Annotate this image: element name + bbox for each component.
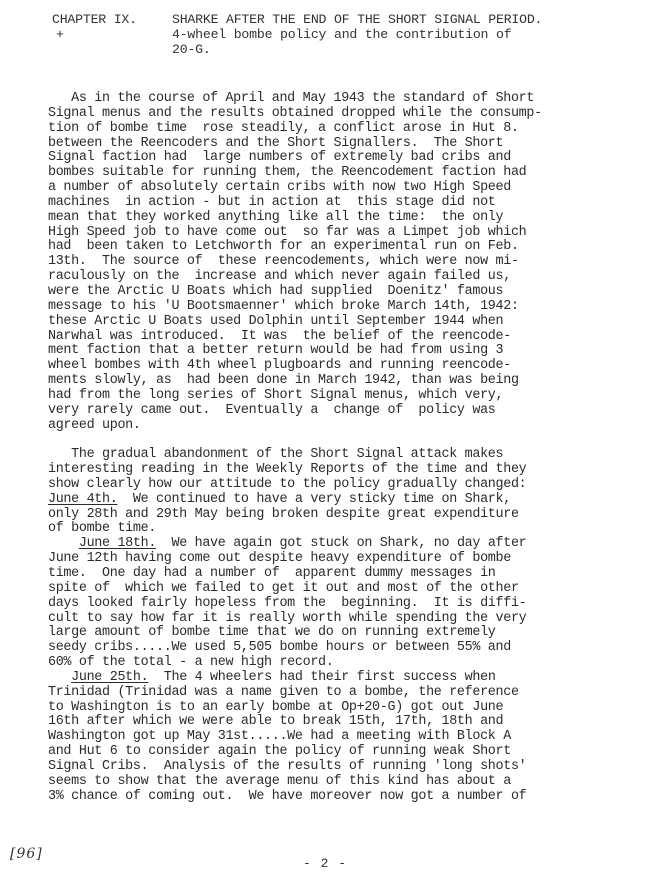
text-line: had from the long series of Short Signal… (48, 389, 628, 404)
text-line: ment faction that a better return would … (48, 344, 628, 359)
text-line: between the Reencoders and the Short Sig… (48, 137, 628, 152)
chapter-title-line-1: SHARKE AFTER THE END OF THE SHORT SIGNAL… (172, 12, 542, 27)
text-line: 16th after which we were able to break 1… (48, 715, 628, 730)
text-line: bombes suitable for running them, the Re… (48, 166, 628, 181)
chapter-heading: CHAPTER IX. SHARKE AFTER THE END OF THE … (52, 12, 542, 57)
report-entry-june-25: June 25th. The 4 wheelers had their firs… (48, 671, 628, 805)
text-line: message to his 'U Bootsmaenner' which br… (48, 300, 628, 315)
text-line: Signal Cribs. Analysis of the results of… (48, 760, 628, 775)
report-entry-june-4: June 4th. We continued to have a very st… (48, 493, 628, 538)
text-line: large amount of bombe time that we do on… (48, 626, 628, 641)
text-line: Washington got up May 31st.....We had a … (48, 730, 628, 745)
chapter-title-line-2: 4-wheel bombe policy and the contributio… (172, 27, 511, 42)
text-line: were the Arctic U Boats which had suppli… (48, 285, 628, 300)
paragraph-1: As in the course of April and May 1943 t… (48, 92, 628, 433)
body-text: As in the course of April and May 1943 t… (48, 92, 628, 805)
text-line: raculously on the increase and which nev… (48, 270, 628, 285)
text-line: Signal menus and the results obtained dr… (48, 107, 628, 122)
text-line: June 12th having come out despite heavy … (48, 552, 628, 567)
text-line: As in the course of April and May 1943 t… (48, 92, 628, 107)
text-line: seedy cribs.....We used 5,505 bombe hour… (48, 641, 628, 656)
text-line: The gradual abandonment of the Short Sig… (48, 448, 628, 463)
text-line: a number of absolutely certain cribs wit… (48, 181, 628, 196)
text-line: mean that they worked anything like all … (48, 211, 628, 226)
entry-date: June 25th. (71, 670, 148, 685)
text-line: machines in action - but in action at th… (48, 196, 628, 211)
entry-date: June 18th. (79, 536, 156, 551)
text-line: 60% of the total - a new high record. (48, 656, 628, 671)
text-line: tion of bombe time rose steadily, a conf… (48, 122, 628, 137)
text-line: of bombe time. (48, 522, 628, 537)
text-line: wheel bombes with 4th wheel plugboards a… (48, 359, 628, 374)
text-line: very rarely came out. Eventually a chang… (48, 404, 628, 419)
text-line: Trinidad (Trinidad was a name given to a… (48, 686, 628, 701)
document-page: CHAPTER IX. SHARKE AFTER THE END OF THE … (0, 0, 650, 885)
page-number: - 2 - (0, 856, 650, 871)
paragraph-2-intro: The gradual abandonment of the Short Sig… (48, 448, 628, 493)
text-line: only 28th and 29th May being broken desp… (48, 508, 628, 523)
text-line: agreed upon. (48, 419, 628, 434)
text-line: and Hut 6 to consider again the policy o… (48, 745, 628, 760)
report-entry-june-18: June 18th. We have again got stuck on Sh… (48, 537, 628, 671)
text-line: days looked fairly hopeless from the beg… (48, 597, 628, 612)
text-line: time. One day had a number of apparent d… (48, 567, 628, 582)
entry-date: June 4th. (48, 492, 117, 507)
text-line: 13th. The source of these reencodements,… (48, 255, 628, 270)
chapter-label: CHAPTER IX. (52, 12, 172, 27)
text-line: had been taken to Letchworth for an expe… (48, 240, 628, 255)
text-line: Signal faction had large numbers of extr… (48, 151, 628, 166)
text-line: ments slowly, as had been done in March … (48, 374, 628, 389)
text-line: 3% chance of coming out. We have moreove… (48, 790, 628, 805)
text-line: cult to say how far it is really worth w… (48, 612, 628, 627)
text-line: High Speed job to have come out so far w… (48, 226, 628, 241)
text-line: spite of which we failed to get it out a… (48, 582, 628, 597)
paragraph-2: The gradual abandonment of the Short Sig… (48, 448, 628, 804)
margin-marker: + (52, 27, 172, 42)
text-line: interesting reading in the Weekly Report… (48, 463, 628, 478)
text-line: these Arctic U Boats used Dolphin until … (48, 315, 628, 330)
text-line: Narwhal was introduced. It was the belie… (48, 330, 628, 345)
text-line: seems to show that the average menu of t… (48, 775, 628, 790)
text-line: to Washington is to an early bombe at Op… (48, 701, 628, 716)
chapter-title-line-3: 20-G. (172, 42, 211, 57)
text-line: show clearly how our attitude to the pol… (48, 478, 628, 493)
